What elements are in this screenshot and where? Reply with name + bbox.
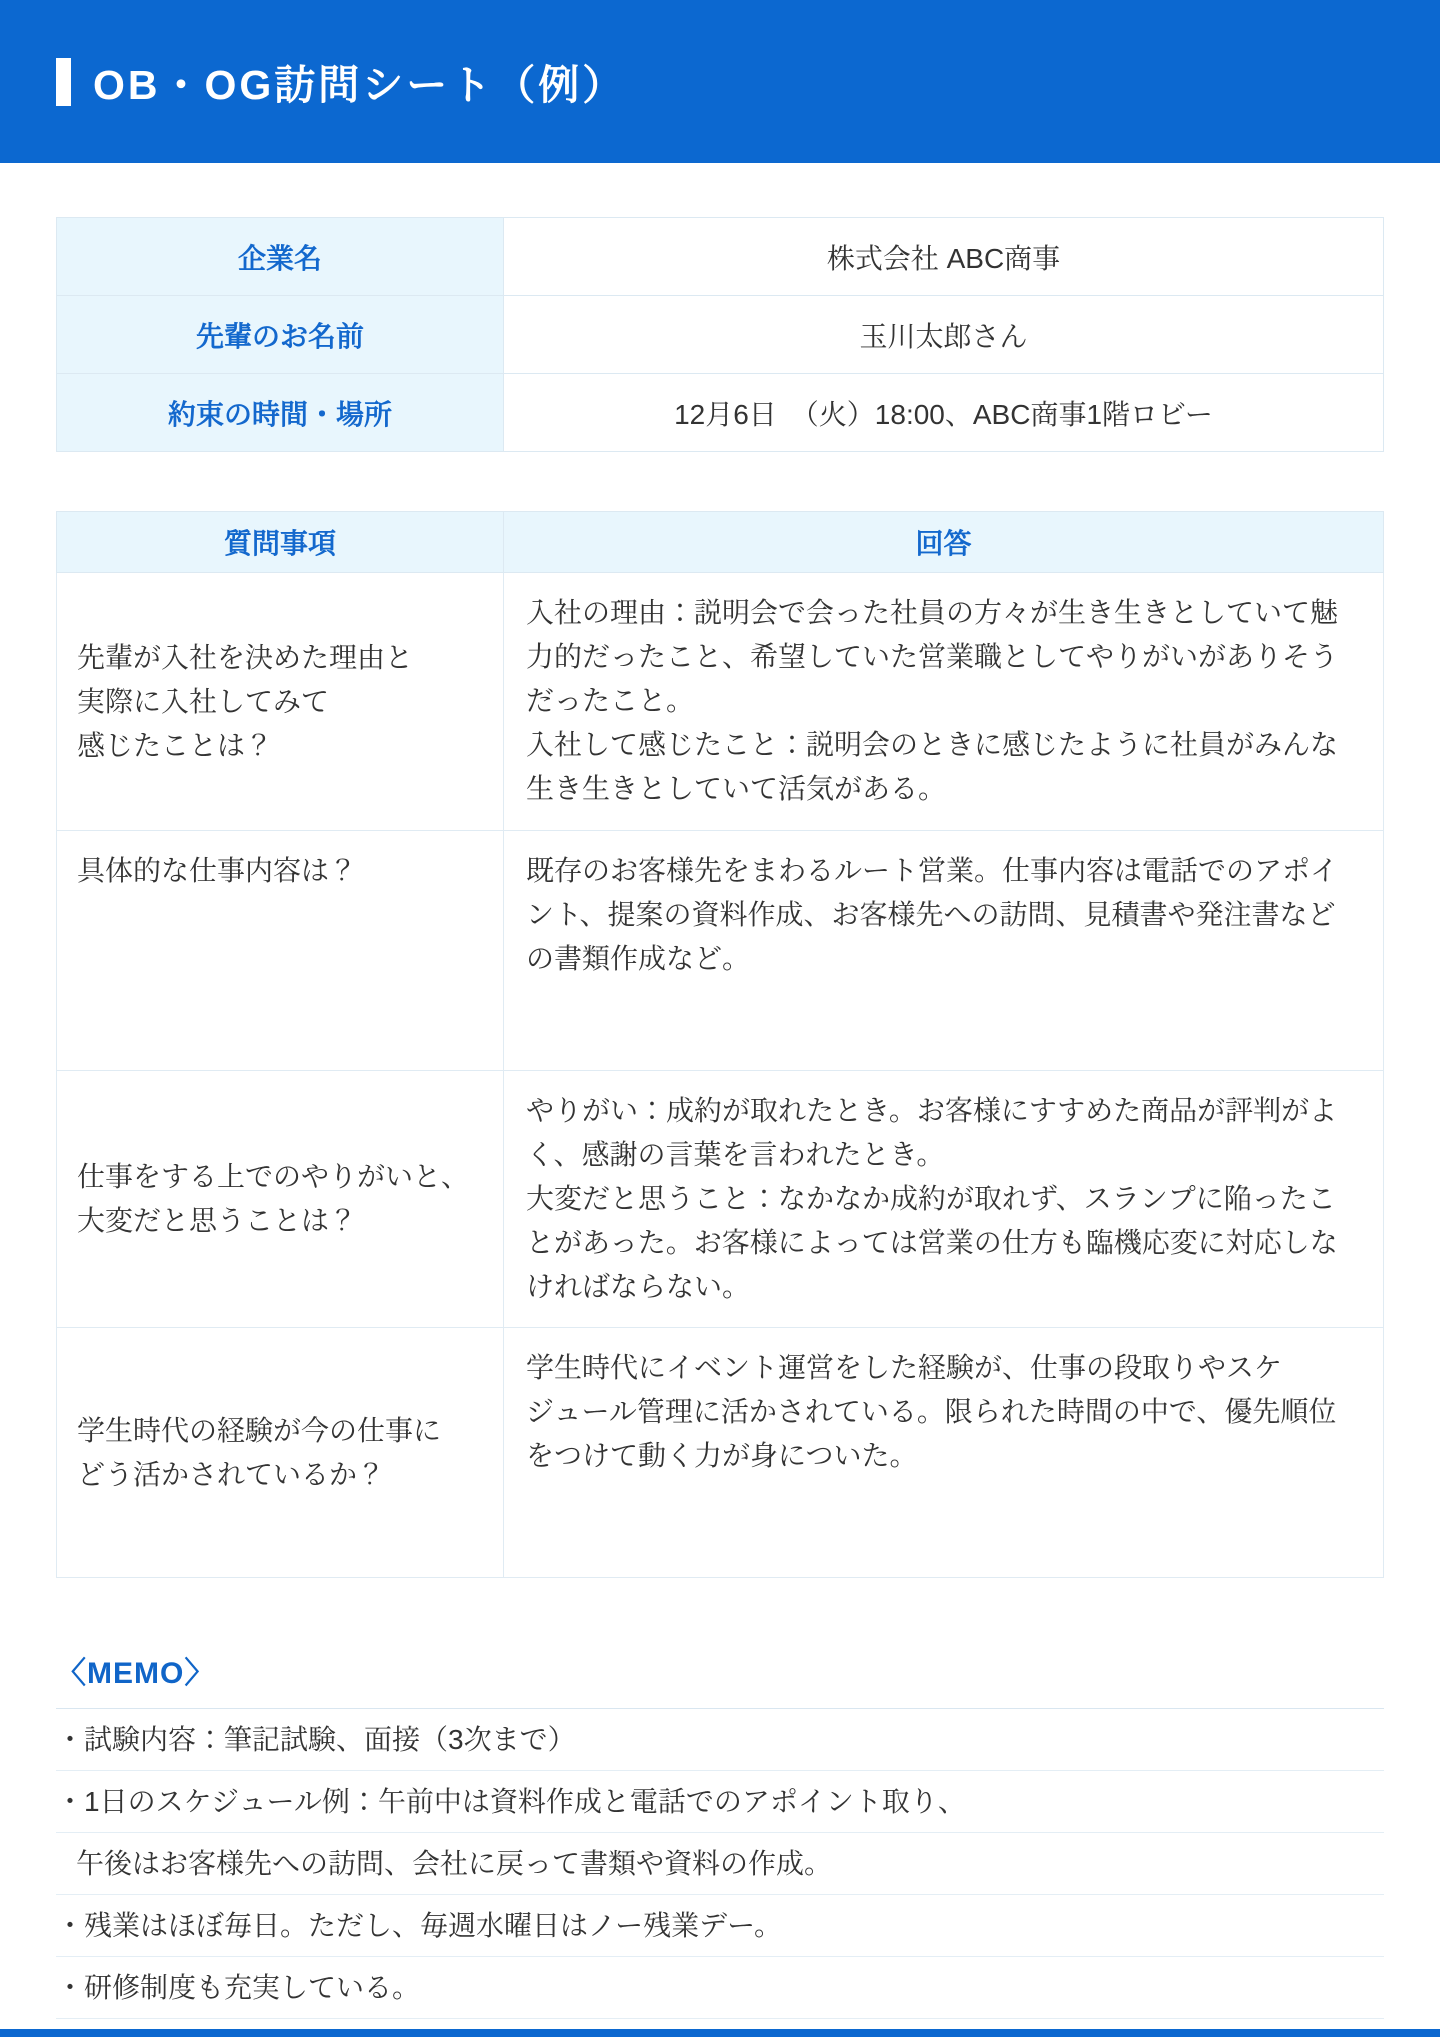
memo-item-training: ・研修制度も充実している。 xyxy=(56,1957,1384,2019)
question-cell: 仕事をする上でのやりがいと、 大変だと思うことは？ xyxy=(57,1071,504,1328)
question-cell: 具体的な仕事内容は？ xyxy=(57,831,504,1071)
info-label-company: 企業名 xyxy=(57,218,504,296)
answer-cell: やりがい：成約が取れたとき。お客様にすすめた商品が評判がよ く、感謝の言葉を言わ… xyxy=(504,1071,1384,1328)
qa-header-row: 質問事項 回答 xyxy=(57,512,1384,573)
info-value-company: 株式会社 ABC商事 xyxy=(504,218,1384,296)
info-value-time-place: 12月6日 （火）18:00、ABC商事1階ロビー xyxy=(504,374,1384,452)
info-label-senior-name: 先輩のお名前 xyxy=(57,296,504,374)
qa-row-student-experience: 学生時代の経験が今の仕事に どう活かされているか？ 学生時代にイベント運営をした… xyxy=(57,1328,1384,1578)
qa-row-rewarding-hard: 仕事をする上でのやりがいと、 大変だと思うことは？ やりがい：成約が取れたとき。… xyxy=(57,1071,1384,1328)
memo-item-schedule: ・1日のスケジュール例：午前中は資料作成と電話でのアポイント取り、 xyxy=(56,1771,1384,1833)
info-row-senior-name: 先輩のお名前 玉川太郎さん xyxy=(57,296,1384,374)
question-cell: 先輩が入社を決めた理由と 実際に入社してみて 感じたことは？ xyxy=(57,573,504,831)
qa-row-reason-joining: 先輩が入社を決めた理由と 実際に入社してみて 感じたことは？ 入社の理由：説明会… xyxy=(57,573,1384,831)
content-area: 企業名 株式会社 ABC商事 先輩のお名前 玉川太郎さん 約束の時間・場所 12… xyxy=(0,217,1440,2019)
memo-item-overtime: ・残業はほぼ毎日。ただし、毎週水曜日はノー残業デー。 xyxy=(56,1895,1384,1957)
memo-section: 〈MEMO〉 ・試験内容：筆記試験、面接（3次まで） ・1日のスケジュール例：午… xyxy=(56,1648,1384,2019)
page-title: OB・OG訪問シート（例） xyxy=(93,52,626,111)
footer-accent-bar xyxy=(0,2029,1440,2037)
info-value-senior-name: 玉川太郎さん xyxy=(504,296,1384,374)
page-header: OB・OG訪問シート（例） xyxy=(0,0,1440,163)
memo-item-schedule-continued: 午後はお客様先への訪問、会社に戻って書類や資料の作成。 xyxy=(56,1833,1384,1895)
answer-cell: 既存のお客様先をまわるルート営業。仕事内容は電話でのアポイ ント、提案の資料作成… xyxy=(504,831,1384,1071)
question-cell: 学生時代の経験が今の仕事に どう活かされているか？ xyxy=(57,1328,504,1578)
answer-cell: 学生時代にイベント運営をした経験が、仕事の段取りやスケ ジュール管理に活かされて… xyxy=(504,1328,1384,1578)
memo-item-exam: ・試験内容：筆記試験、面接（3次まで） xyxy=(56,1709,1384,1771)
info-table: 企業名 株式会社 ABC商事 先輩のお名前 玉川太郎さん 約束の時間・場所 12… xyxy=(56,217,1384,452)
answer-cell: 入社の理由：説明会で会った社員の方々が生き生きとしていて魅 力的だったこと、希望… xyxy=(504,573,1384,831)
info-row-company: 企業名 株式会社 ABC商事 xyxy=(57,218,1384,296)
info-label-time-place: 約束の時間・場所 xyxy=(57,374,504,452)
info-row-time-place: 約束の時間・場所 12月6日 （火）18:00、ABC商事1階ロビー xyxy=(57,374,1384,452)
memo-title: 〈MEMO〉 xyxy=(56,1648,1384,1709)
title-accent-bar xyxy=(56,58,71,106)
document-page: OB・OG訪問シート（例） 企業名 株式会社 ABC商事 先輩のお名前 玉川太郎… xyxy=(0,0,1440,2037)
qa-row-job-content: 具体的な仕事内容は？ 既存のお客様先をまわるルート営業。仕事内容は電話でのアポイ… xyxy=(57,831,1384,1071)
qa-header-answer: 回答 xyxy=(504,512,1384,573)
qa-table: 質問事項 回答 先輩が入社を決めた理由と 実際に入社してみて 感じたことは？ 入… xyxy=(56,511,1384,1578)
qa-header-question: 質問事項 xyxy=(57,512,504,573)
